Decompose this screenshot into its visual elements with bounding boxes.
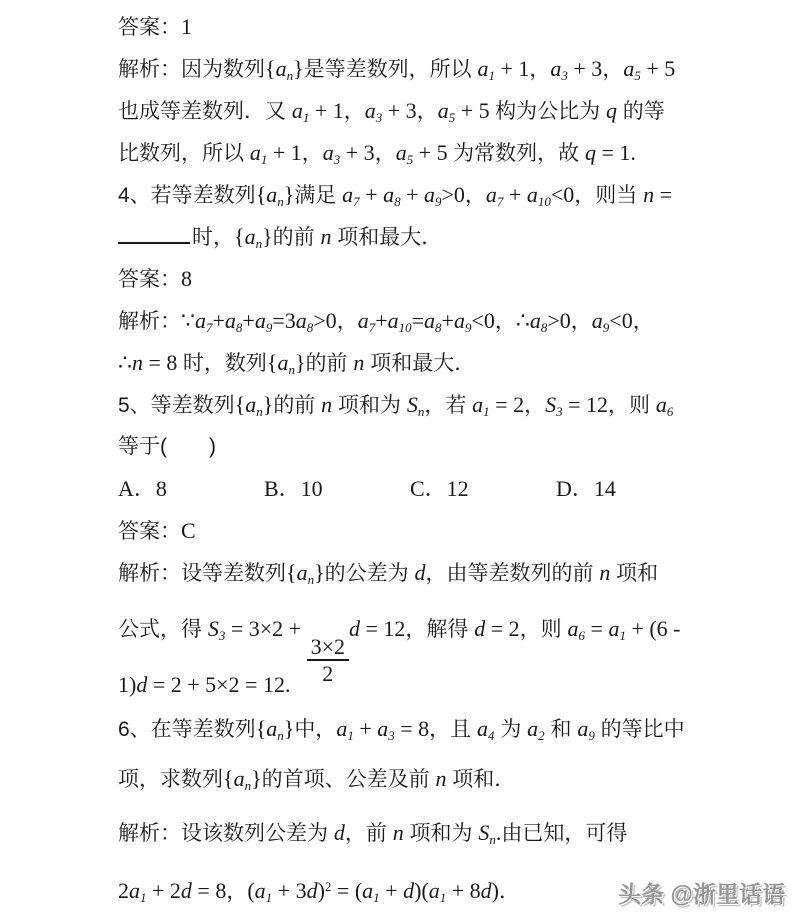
math-var-subscripted: a3 <box>550 56 568 81</box>
text-run: 中， <box>294 718 336 741</box>
math-run: { <box>286 560 297 585</box>
text-run: 解析：因为数列 <box>118 58 265 81</box>
math-var: d <box>474 616 485 641</box>
math-var-subscripted: an <box>297 560 315 585</box>
math-var: a <box>234 766 245 791</box>
math-run: + <box>375 308 387 333</box>
fraction-numerator: 3×2 <box>307 634 349 661</box>
math-run: } <box>284 182 295 207</box>
text-run: ，由等差数列的前 <box>425 562 599 585</box>
math-var: a <box>388 308 399 333</box>
math-run: 1) <box>118 672 136 697</box>
text-run: ， <box>571 310 592 333</box>
math-var: S <box>407 392 418 417</box>
math-run: + <box>401 182 424 207</box>
math-run: + 3 <box>382 98 416 123</box>
math-run: = 12 <box>360 616 405 641</box>
math-run: = 8 <box>192 878 226 903</box>
math-var-subscripted: a6 <box>568 616 586 641</box>
math-var: q <box>585 140 596 165</box>
math-var-subscripted: a5 <box>623 56 641 81</box>
math-var: a <box>297 560 308 585</box>
math-var: a <box>530 308 541 333</box>
math-var: a <box>358 308 369 333</box>
math-var-subscripted: a2 <box>527 716 545 741</box>
analysis-q3-line1: 解析：因为数列{an}是等差数列，所以 a1 + 1，a3 + 3，a5 + 5 <box>118 48 684 90</box>
text-run: 项和最大． <box>331 226 442 249</box>
math-var-subscripted: a7 <box>195 308 213 333</box>
text-run: 项和为 <box>404 822 479 845</box>
math-run: + <box>380 878 403 903</box>
math-run: } <box>293 56 304 81</box>
math-var: a <box>292 98 303 123</box>
math-var: a <box>362 878 373 903</box>
text-run: ，则当 <box>574 184 643 207</box>
math-var-subscripted: a10 <box>388 308 412 333</box>
math-var: a <box>527 716 538 741</box>
math-subscript: 10 <box>399 320 412 335</box>
text-run: 为常数列，故 <box>453 142 585 165</box>
math-var-subscripted: a1 <box>255 878 273 903</box>
math-var: a <box>486 182 497 207</box>
math-run: = 3×2 + <box>225 616 306 641</box>
math-var: a <box>277 350 288 375</box>
text-run: 答案： <box>118 268 181 291</box>
math-run: 1 <box>181 14 192 39</box>
math-var: n <box>353 350 364 375</box>
math-var: d <box>307 878 318 903</box>
text-run: 项和． <box>446 768 515 791</box>
math-var: a <box>276 56 287 81</box>
text-run: 满足 <box>294 184 342 207</box>
math-run: = 12 <box>563 392 608 417</box>
math-run: } <box>284 716 295 741</box>
math-run: + <box>354 716 377 741</box>
text-run: 的等比中 <box>595 718 685 741</box>
math-subscript: 6 <box>667 404 674 419</box>
math-run: } <box>263 392 274 417</box>
math-var-subscripted: a9 <box>255 308 273 333</box>
math-var-subscripted: a5 <box>396 140 414 165</box>
text-run: 和 <box>545 718 578 741</box>
math-var: n <box>393 820 404 845</box>
math-var-subscripted: a1 <box>129 878 147 903</box>
math-var-subscripted: a3 <box>323 140 341 165</box>
math-var-subscripted: an <box>276 56 294 81</box>
math-var-subscripted: a8 <box>530 308 548 333</box>
math-var: a <box>245 224 256 249</box>
math-run: + 3 <box>568 56 602 81</box>
text-run: 为 <box>495 718 528 741</box>
math-var-subscripted: an <box>266 716 284 741</box>
fraction: 3×22 <box>307 634 349 687</box>
math-var-subscripted: a9 <box>577 716 595 741</box>
math-var-subscripted: a1 <box>477 56 495 81</box>
math-run: { <box>235 392 246 417</box>
math-var-subscripted: a8 <box>225 308 243 333</box>
math-run: = 2 <box>490 392 524 417</box>
math-run: + 1 <box>309 98 343 123</box>
math-run: { <box>256 716 267 741</box>
math-var: a <box>527 182 538 207</box>
text-run: ， <box>344 100 365 123</box>
math-run: + <box>442 308 454 333</box>
math-var: S <box>478 820 489 845</box>
answer-q4: 答案：8 <box>118 258 684 300</box>
text-run: 的前 <box>273 226 321 249</box>
text-run: 答案： <box>118 520 181 543</box>
math-run: = 1. <box>596 140 636 165</box>
blank-underline <box>118 228 190 244</box>
math-var: a <box>383 182 394 207</box>
math-var-subscripted: S3 <box>545 392 563 417</box>
text-run: ，解得 <box>405 618 474 641</box>
math-run: <0 <box>471 308 494 333</box>
math-var: n <box>321 392 332 417</box>
math-var: a <box>250 140 261 165</box>
math-run: + 3 <box>272 878 306 903</box>
math-run: + 1 <box>495 56 529 81</box>
text-run: 时，数列 <box>183 352 267 375</box>
text-run: 的等 <box>617 100 665 123</box>
math-run: C <box>181 518 196 543</box>
math-var: a <box>336 716 347 741</box>
math-var: a <box>550 56 561 81</box>
analysis-q4-line2: ∴n = 8 时，数列{an}的前 n 项和最大． <box>118 342 684 384</box>
math-var-subscripted: an <box>234 766 252 791</box>
math-run: ) <box>492 878 499 903</box>
math-var: a <box>472 392 483 417</box>
math-var: a <box>342 182 353 207</box>
math-run: } <box>314 560 325 585</box>
math-run: = ( <box>331 878 362 903</box>
math-run: + <box>242 308 254 333</box>
math-var-subscripted: a1 <box>429 878 447 903</box>
choice-option: C．12 <box>410 468 556 510</box>
math-var: n <box>435 766 446 791</box>
question-4-line2: 时，{an}的前 n 项和最大． <box>118 216 684 258</box>
math-var-subscripted: a1 <box>250 140 268 165</box>
math-var: a <box>424 308 435 333</box>
text-run: ， <box>633 310 654 333</box>
text-run: ， <box>602 58 623 81</box>
math-var: a <box>377 716 388 741</box>
analysis-q4-line1: 解析：∵a7+a8+a9=3a8>0，a7+a10=a8+a9<0，∴a8>0，… <box>118 300 684 342</box>
text-run: ，若 <box>424 394 472 417</box>
math-var-subscripted: a7 <box>486 182 504 207</box>
math-var-subscripted: a9 <box>454 308 472 333</box>
math-run: { <box>256 182 267 207</box>
math-run: ∴ <box>516 308 530 333</box>
math-run: } <box>295 350 306 375</box>
math-run: ∵ <box>181 308 195 333</box>
watermark: 头条 @浙里话语 <box>618 876 785 909</box>
text-run: ，则 <box>520 618 568 641</box>
math-run: + 8 <box>446 878 480 903</box>
math-var: a <box>477 56 488 81</box>
math-var: a <box>225 308 236 333</box>
math-var: n <box>132 350 143 375</box>
math-var: d <box>181 878 192 903</box>
math-run: 2 <box>118 878 129 903</box>
math-run: >0 <box>313 308 336 333</box>
math-run: + 3 <box>340 140 374 165</box>
math-run: + 5 <box>455 98 495 123</box>
math-var-subscripted: a4 <box>477 716 495 741</box>
math-var: q <box>606 98 617 123</box>
math-run: 8 <box>181 266 192 291</box>
math-var-subscripted: a3 <box>365 98 383 123</box>
math-var: a <box>296 308 307 333</box>
math-run: { <box>265 56 276 81</box>
math-var: a <box>577 716 588 741</box>
text-run: ，前 <box>345 822 393 845</box>
math-var: d <box>414 560 425 585</box>
text-run: 解析：设该数列公差为 <box>118 822 334 845</box>
math-run: = 2 + 5×2 = 12. <box>147 672 290 697</box>
math-var: a <box>438 98 449 123</box>
math-var: n <box>643 182 654 207</box>
text-run: ， <box>337 310 358 333</box>
text-run: ， <box>529 58 550 81</box>
choice-option: B．10 <box>264 468 410 510</box>
answer-q3: 答案：1 <box>118 6 684 48</box>
analysis-q5-line1: 解析：设等差数列{an}的公差为 d，由等差数列的前 n 项和 <box>118 552 684 594</box>
math-subscript: 10 <box>538 194 551 209</box>
math-var: a <box>365 98 376 123</box>
analysis-q3-line2: 也成等差数列．又 a1 + 1，a3 + 3，a5 + 5 构为公比为 q 的等 <box>118 90 684 132</box>
text-run: 公式，得 <box>118 618 208 641</box>
math-var-subscripted: an <box>245 392 263 417</box>
fraction-denominator: 2 <box>318 661 337 686</box>
math-var-subscripted: a1 <box>292 98 310 123</box>
math-run: + <box>503 182 526 207</box>
math-run: = 8 <box>143 350 183 375</box>
math-run: )( <box>414 878 429 903</box>
text-run: 构为公比为 <box>495 100 606 123</box>
text-run: ， <box>417 100 438 123</box>
text-run: 项和最大． <box>364 352 475 375</box>
text-run: 项和为 <box>332 394 407 417</box>
math-var-subscripted: a1 <box>472 392 490 417</box>
math-var-subscripted: Sn <box>407 392 425 417</box>
math-var: a <box>396 140 407 165</box>
math-run: + (6 - <box>626 616 686 641</box>
text-run: ，则 <box>608 394 656 417</box>
text-run: 比数列，所以 <box>118 142 250 165</box>
math-run: + 2 <box>147 878 181 903</box>
question-5-line1: 5、等差数列{an}的前 n 项和为 Sn，若 a1 = 2，S3 = 12，则… <box>118 384 684 426</box>
math-run: = <box>585 616 608 641</box>
math-var-subscripted: a7 <box>358 308 376 333</box>
text-run: 的首项、公差及前 <box>262 768 436 791</box>
text-run: ，且 <box>429 718 477 741</box>
math-var: a <box>454 308 465 333</box>
text-run: 6、在等差数列 <box>118 718 256 741</box>
math-var: a <box>266 716 277 741</box>
math-var-subscripted: a10 <box>527 182 551 207</box>
text-run: ． <box>499 880 520 903</box>
text-run: 也成等差数列．又 <box>118 100 292 123</box>
math-run: + 1 <box>267 140 301 165</box>
math-var-subscripted: a8 <box>424 308 442 333</box>
math-var: a <box>623 56 634 81</box>
math-var: a <box>477 716 488 741</box>
text-run: 的公差为 <box>325 562 415 585</box>
math-var-subscripted: a9 <box>424 182 442 207</box>
answer-q5: 答案：C <box>118 510 684 552</box>
question-4-line1: 4、若等差数列{an}满足 a7 + a8 + a9>0，a7 + a10<0，… <box>118 174 684 216</box>
math-var: S <box>545 392 556 417</box>
math-run: >0 <box>442 182 465 207</box>
text-run: 由已知，可得 <box>501 822 627 845</box>
question-6-line1: 6、在等差数列{an}中，a1 + a3 = 8，且 a4 为 a2 和 a9 … <box>118 706 684 752</box>
text-run: 是等差数列，所以 <box>304 58 478 81</box>
math-var: a <box>255 878 266 903</box>
math-var: a <box>129 878 140 903</box>
math-var-subscripted: a1 <box>362 878 380 903</box>
math-var: a <box>195 308 206 333</box>
analysis-q3-line3: 比数列，所以 a1 + 1，a3 + 3，a5 + 5 为常数列，故 q = 1… <box>118 132 684 174</box>
math-var: S <box>208 616 219 641</box>
math-run: = 2 <box>485 616 519 641</box>
choice-option: D．14 <box>556 468 702 510</box>
math-var-subscripted: a3 <box>377 716 395 741</box>
math-var: n <box>320 224 331 249</box>
question-6-line2: 项，求数列{an}的首项、公差及前 n 项和． <box>118 752 684 806</box>
question-5-line2: 等于( ) <box>118 426 684 468</box>
math-var: a <box>323 140 334 165</box>
math-var: a <box>592 308 603 333</box>
math-var: a <box>245 392 256 417</box>
math-var: d <box>136 672 147 697</box>
math-run: + 5 <box>413 140 453 165</box>
text-run: 项，求数列 <box>118 768 223 791</box>
math-var: n <box>599 560 610 585</box>
math-run: <0 <box>551 182 574 207</box>
math-var: a <box>255 308 266 333</box>
math-run: <0 <box>609 308 632 333</box>
math-run: } <box>251 766 262 791</box>
math-var: a <box>266 182 277 207</box>
math-var: d <box>403 878 414 903</box>
text-run: ， <box>465 184 486 207</box>
math-var: d <box>349 616 360 641</box>
text-run: 解析： <box>118 310 181 333</box>
text-run: ， <box>495 310 516 333</box>
math-var: d <box>334 820 345 845</box>
math-var-subscripted: an <box>266 182 284 207</box>
text-run: 的前 <box>306 352 354 375</box>
text-run: ， <box>226 880 247 903</box>
math-var-subscripted: an <box>277 350 295 375</box>
math-run: + <box>360 182 383 207</box>
document-page: 答案：1解析：因为数列{an}是等差数列，所以 a1 + 1，a3 + 3，a5… <box>0 0 793 917</box>
text-run: ， <box>524 394 545 417</box>
math-var-subscripted: a6 <box>656 392 674 417</box>
text-run: 等于( ) <box>118 435 216 458</box>
math-run: ∴ <box>118 350 132 375</box>
analysis-q5-line3: 1)d = 2 + 5×2 = 12. <box>118 664 684 706</box>
math-var-subscripted: a7 <box>342 182 360 207</box>
text-run: 的前 <box>273 394 321 417</box>
math-var-subscripted: a1 <box>608 616 626 641</box>
math-run: { <box>267 350 278 375</box>
math-var: a <box>424 182 435 207</box>
math-run: = <box>654 182 677 207</box>
math-var-subscripted: a1 <box>336 716 354 741</box>
text-run: 4、若等差数列 <box>118 184 256 207</box>
analysis-q6-line1: 解析：设该数列公差为 d，前 n 项和为 Sn.由已知，可得 <box>118 806 684 860</box>
math-var-subscripted: a8 <box>296 308 314 333</box>
text-run: 答案： <box>118 16 181 39</box>
math-var: a <box>429 878 440 903</box>
math-run: >0 <box>547 308 570 333</box>
analysis-q5-line2: 公式，得 S3 = 3×2 + 3×22d = 12，解得 d = 2，则 a6… <box>118 594 684 664</box>
choice-option: A．8 <box>118 468 264 510</box>
math-var: d <box>481 878 492 903</box>
math-var: a <box>656 392 667 417</box>
math-run: { <box>223 766 234 791</box>
math-var-subscripted: a9 <box>592 308 610 333</box>
math-run: + <box>213 308 225 333</box>
text-run: 时， <box>192 226 234 249</box>
math-run: = <box>412 308 424 333</box>
math-run: =3 <box>272 308 295 333</box>
math-var-subscripted: an <box>245 224 263 249</box>
math-run: { <box>234 224 245 249</box>
math-run: = 8 <box>395 716 429 741</box>
document-content: 答案：1解析：因为数列{an}是等差数列，所以 a1 + 1，a3 + 3，a5… <box>118 6 684 914</box>
text-run: ， <box>375 142 396 165</box>
text-run: 项和 <box>610 562 658 585</box>
math-var: a <box>608 616 619 641</box>
math-var-subscripted: a8 <box>383 182 401 207</box>
math-run: } <box>262 224 273 249</box>
math-var-subscripted: Sn <box>478 820 496 845</box>
math-var: a <box>568 616 579 641</box>
math-run: ( <box>247 878 254 903</box>
question-5-options: A．8B．10C．12D．14 <box>118 468 684 510</box>
math-run: + 5 <box>641 56 675 81</box>
text-run: 5、等差数列 <box>118 394 235 417</box>
watermark-text: 头条 @浙里话语 <box>618 881 785 907</box>
math-var-subscripted: a5 <box>438 98 456 123</box>
math-var-subscripted: S3 <box>208 616 226 641</box>
text-run: ， <box>302 142 323 165</box>
text-run: 解析：设等差数列 <box>118 562 286 585</box>
analysis-q6-line2: 2a1 + 2d = 8，(a1 + 3d)2 = (a1 + d)(a1 + … <box>118 860 684 914</box>
math-run: ) <box>318 878 325 903</box>
